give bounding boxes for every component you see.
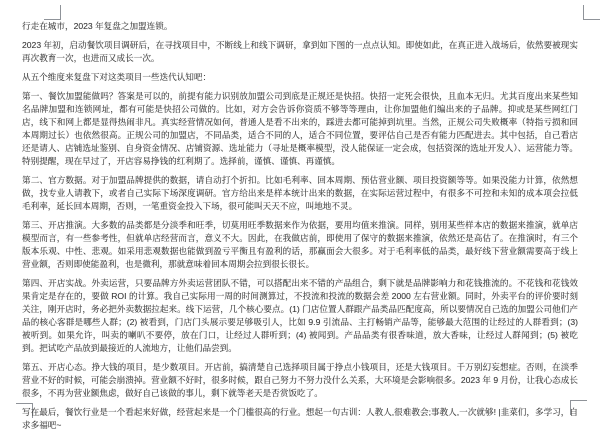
margin-crop-mark-top-left-icon bbox=[44, 5, 61, 20]
paragraph-8: 第五、开店心态。挣大钱的项目，是少数项目。开店前，搞清楚自己选择项目属于挣点小钱… bbox=[22, 361, 578, 400]
paragraph-9: 写在最后，餐饮行业是一个看起来好做，经营起来是一个门槛很高的行业。想起一句古训：… bbox=[22, 406, 578, 423]
paragraph-4: 第一、餐饮加盟能做吗？答案是可以的，前提有能力识别放加盟公司到底是正规还是快招。… bbox=[22, 90, 578, 168]
document-text-area[interactable]: 行走在城市，2023 年复盘之加盟连锁。2023 年初，启动餐饮项目调研后，在寻… bbox=[22, 20, 578, 423]
document-page: 行走在城市，2023 年复盘之加盟连锁。2023 年初，启动餐饮项目调研后，在寻… bbox=[0, 0, 600, 423]
paragraph-5: 第二、官方数据。对于加盟品牌提供的数据，请自动打个折扣。比如毛利率、回本周期、预… bbox=[22, 174, 578, 213]
paragraph-1: 行走在城市，2023 年复盘之加盟连锁。 bbox=[22, 20, 578, 33]
paragraph-6: 第三、开店推演。大多数的品类都是分淡季和旺季，切莫用旺季数据来作为依据，要用均值… bbox=[22, 219, 578, 271]
paragraph-7: 第四、开店实战。外卖运营，只要品牌方外卖运营团队不错，可以搭配出来不错的产品组合… bbox=[22, 277, 578, 355]
margin-crop-mark-top-right-icon bbox=[583, 5, 600, 20]
paragraph-2: 2023 年初，启动餐饮项目调研后，在寻找项目中，不断线上和线下调研，拿到如下图… bbox=[22, 39, 578, 65]
paragraph-3: 从五个维度来复盘下对这类项目一些迭代认知吧： bbox=[22, 71, 578, 84]
